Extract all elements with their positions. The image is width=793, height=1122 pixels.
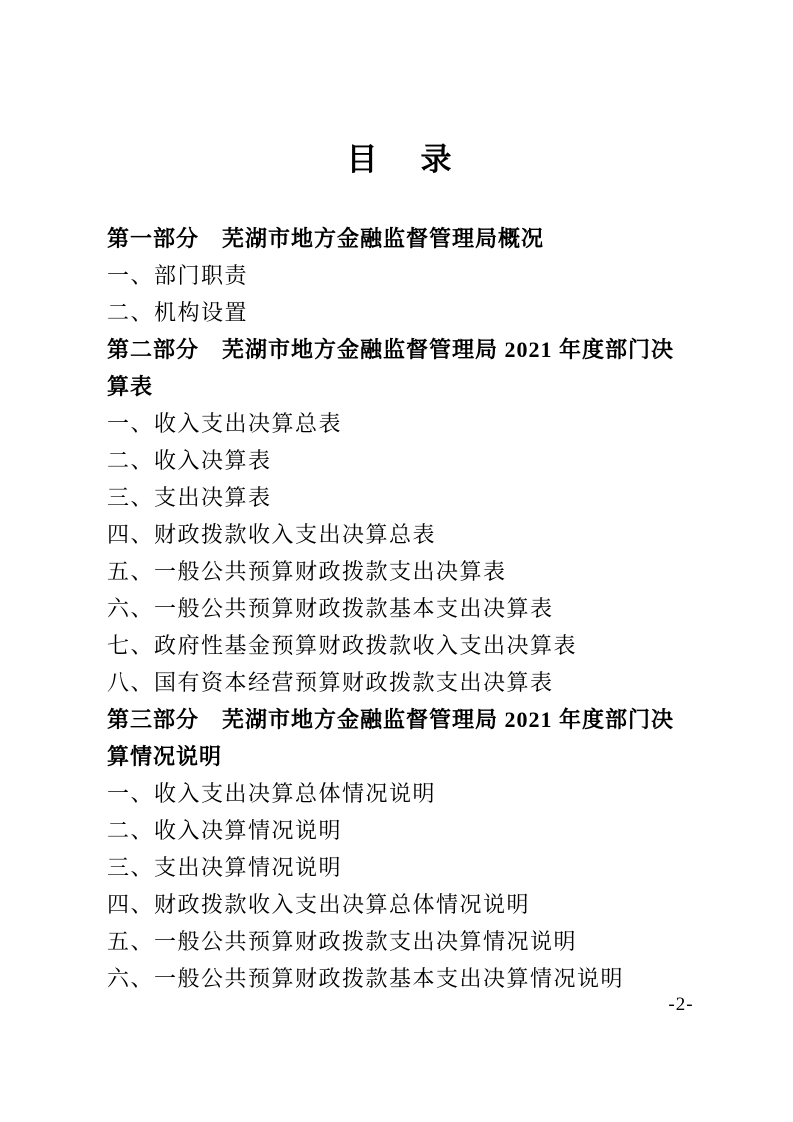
toc-item: 四、财政拨款收入支出决算总表 (107, 516, 747, 553)
document-page: 目 录 第一部分 芜湖市地方金融监督管理局概况 一、部门职责 二、机构设置 第二… (0, 0, 793, 1122)
section-heading: 第三部分 芜湖市地方金融监督管理局 2021 年度部门决 (107, 701, 747, 738)
toc-item: 七、政府性基金预算财政拨款收入支出决算表 (107, 627, 747, 664)
section-heading-continuation: 算表 (107, 368, 747, 405)
toc-item: 三、支出决算表 (107, 479, 747, 516)
toc-item: 二、收入决算情况说明 (107, 812, 747, 849)
toc-item: 六、一般公共预算财政拨款基本支出决算情况说明 (107, 960, 747, 997)
table-of-contents: 第一部分 芜湖市地方金融监督管理局概况 一、部门职责 二、机构设置 第二部分 芜… (107, 220, 747, 997)
toc-item: 五、一般公共预算财政拨款支出决算情况说明 (107, 923, 747, 960)
toc-item: 一、部门职责 (107, 257, 747, 294)
toc-item: 三、支出决算情况说明 (107, 849, 747, 886)
section-heading-continuation: 算情况说明 (107, 738, 747, 775)
section-heading: 第一部分 芜湖市地方金融监督管理局概况 (107, 220, 747, 257)
toc-item: 一、收入支出决算总体情况说明 (107, 775, 747, 812)
section-heading: 第二部分 芜湖市地方金融监督管理局 2021 年度部门决 (107, 331, 747, 368)
toc-item: 五、一般公共预算财政拨款支出决算表 (107, 553, 747, 590)
toc-item: 二、机构设置 (107, 294, 747, 331)
page-number: -2- (650, 995, 712, 1015)
toc-item: 四、财政拨款收入支出决算总体情况说明 (107, 886, 747, 923)
toc-item: 八、国有资本经营预算财政拨款支出决算表 (107, 664, 747, 701)
toc-item: 一、收入支出决算总表 (107, 405, 747, 442)
page-title: 目 录 (104, 141, 700, 179)
toc-item: 六、一般公共预算财政拨款基本支出决算表 (107, 590, 747, 627)
toc-item: 二、收入决算表 (107, 442, 747, 479)
